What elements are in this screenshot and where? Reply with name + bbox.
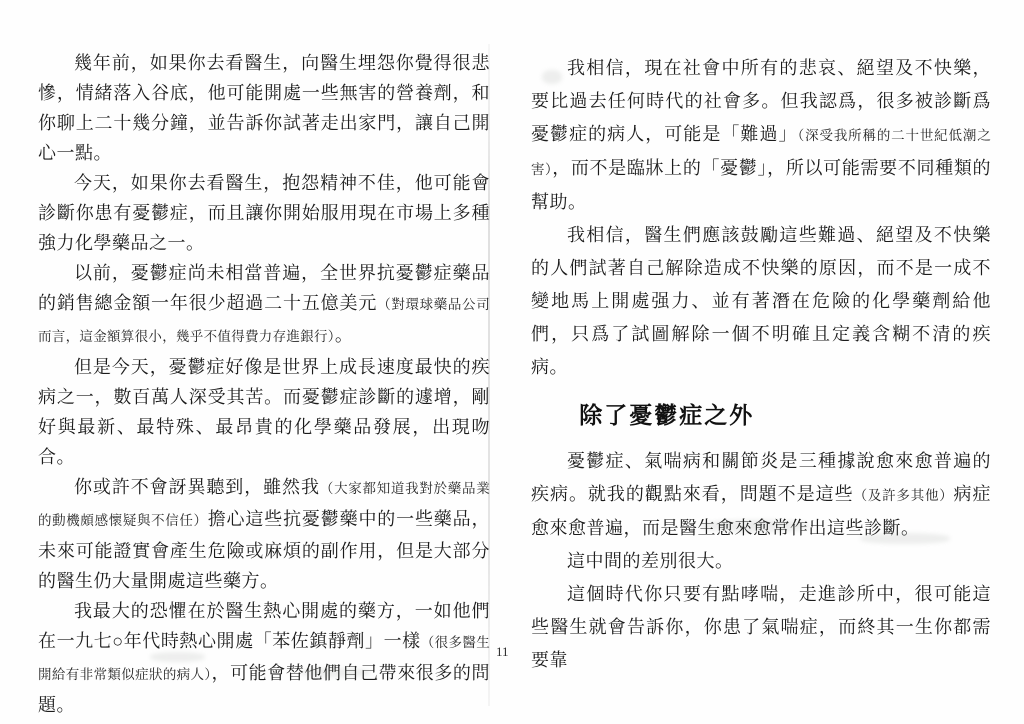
page-number: 11 — [496, 644, 509, 660]
paragraph: 以前，憂鬱症尚未相當普遍，全世界抗憂鬱症藥品的銷售總金額一年很少超過二十五億美元… — [38, 258, 490, 352]
paragraph: 幾年前，如果你去看醫生，向醫生埋怨你覺得很悲慘，情緒落入谷底，他可能開處一些無害… — [38, 48, 490, 168]
paragraph: 我最大的恐懼在於醫生熱心開處的藥方，一如他們在一九七○年代時熱心開處「苯佐鎮靜劑… — [38, 596, 490, 720]
left-page-text-column: 幾年前，如果你去看醫生，向醫生埋怨你覺得很悲慘，情緒落入谷底，他可能開處一些無害… — [38, 48, 490, 720]
paragraph: 這中間的差別很大。 — [531, 545, 991, 578]
body-text: 。 — [335, 325, 354, 345]
body-text: 你或許不會訝異聽到，雖然我 — [74, 477, 320, 497]
body-text: 除了憂鬱症之外 — [579, 403, 754, 428]
paragraph: 今天，如果你去看醫生，抱怨精神不佳，他可能會診斷你患有憂鬱症，而且讓你開始服用現… — [38, 168, 490, 258]
paragraph: 你或許不會訝異聽到，雖然我（大家都知道我對於藥品業的動機頗感懷疑與不信任）擔心這… — [38, 472, 490, 596]
paragraph: 但是今天，憂鬱症好像是世界上成長速度最快的疾病之一，數百萬人深受其苦。而憂鬱症診… — [38, 352, 490, 472]
inline-annotation: （及許多其他） — [854, 488, 954, 503]
section-heading: 除了憂鬱症之外 — [531, 399, 991, 432]
body-text: 今天，如果你去看醫生，抱怨精神不佳，他可能會診斷你患有憂鬱症，而且讓你開始服用現… — [38, 173, 490, 253]
right-page-text-column: 我相信，現在社會中所有的悲哀、絕望及不快樂，要比過去任何時代的社會多。但我認爲，… — [531, 52, 991, 677]
book-spread: 幾年前，如果你去看醫生，向醫生埋怨你覺得很悲慘，情緒落入谷底，他可能開處一些無害… — [0, 0, 1024, 724]
paragraph: 我相信，現在社會中所有的悲哀、絕望及不快樂，要比過去任何時代的社會多。但我認爲，… — [531, 52, 991, 219]
body-text: 幾年前，如果你去看醫生，向醫生埋怨你覺得很悲慘，情緒落入谷底，他可能開處一些無害… — [38, 53, 490, 163]
paragraph: 這個時代你只要有點哮喘，走進診所中，很可能這些醫生就會告訴你，你患了氣喘症，而終… — [531, 578, 991, 677]
body-text: 我相信，醫生們應該鼓勵這些難過、絕望及不快樂的人們試著自己解除造成不快樂的原因，… — [531, 225, 991, 377]
paragraph: 憂鬱症、氣喘病和關節炎是三種據說愈來愈普遍的疾病。就我的觀點來看，問題不是這些（… — [531, 445, 991, 545]
body-text: 這個時代你只要有點哮喘，走進診所中，很可能這些醫生就會告訴你，你患了氣喘症，而終… — [531, 584, 991, 670]
body-text: 但是今天，憂鬱症好像是世界上成長速度最快的疾病之一，數百萬人深受其苦。而憂鬱症診… — [38, 357, 490, 467]
page-gutter-line — [488, 44, 490, 706]
body-text: 這中間的差別很大。 — [567, 551, 734, 571]
paragraph: 我相信，醫生們應該鼓勵這些難過、絕望及不快樂的人們試著自己解除造成不快樂的原因，… — [531, 219, 991, 384]
body-text: ，而不是臨牀上的「憂鬱」，所以可能需要不同種類的幫助。 — [531, 158, 991, 212]
